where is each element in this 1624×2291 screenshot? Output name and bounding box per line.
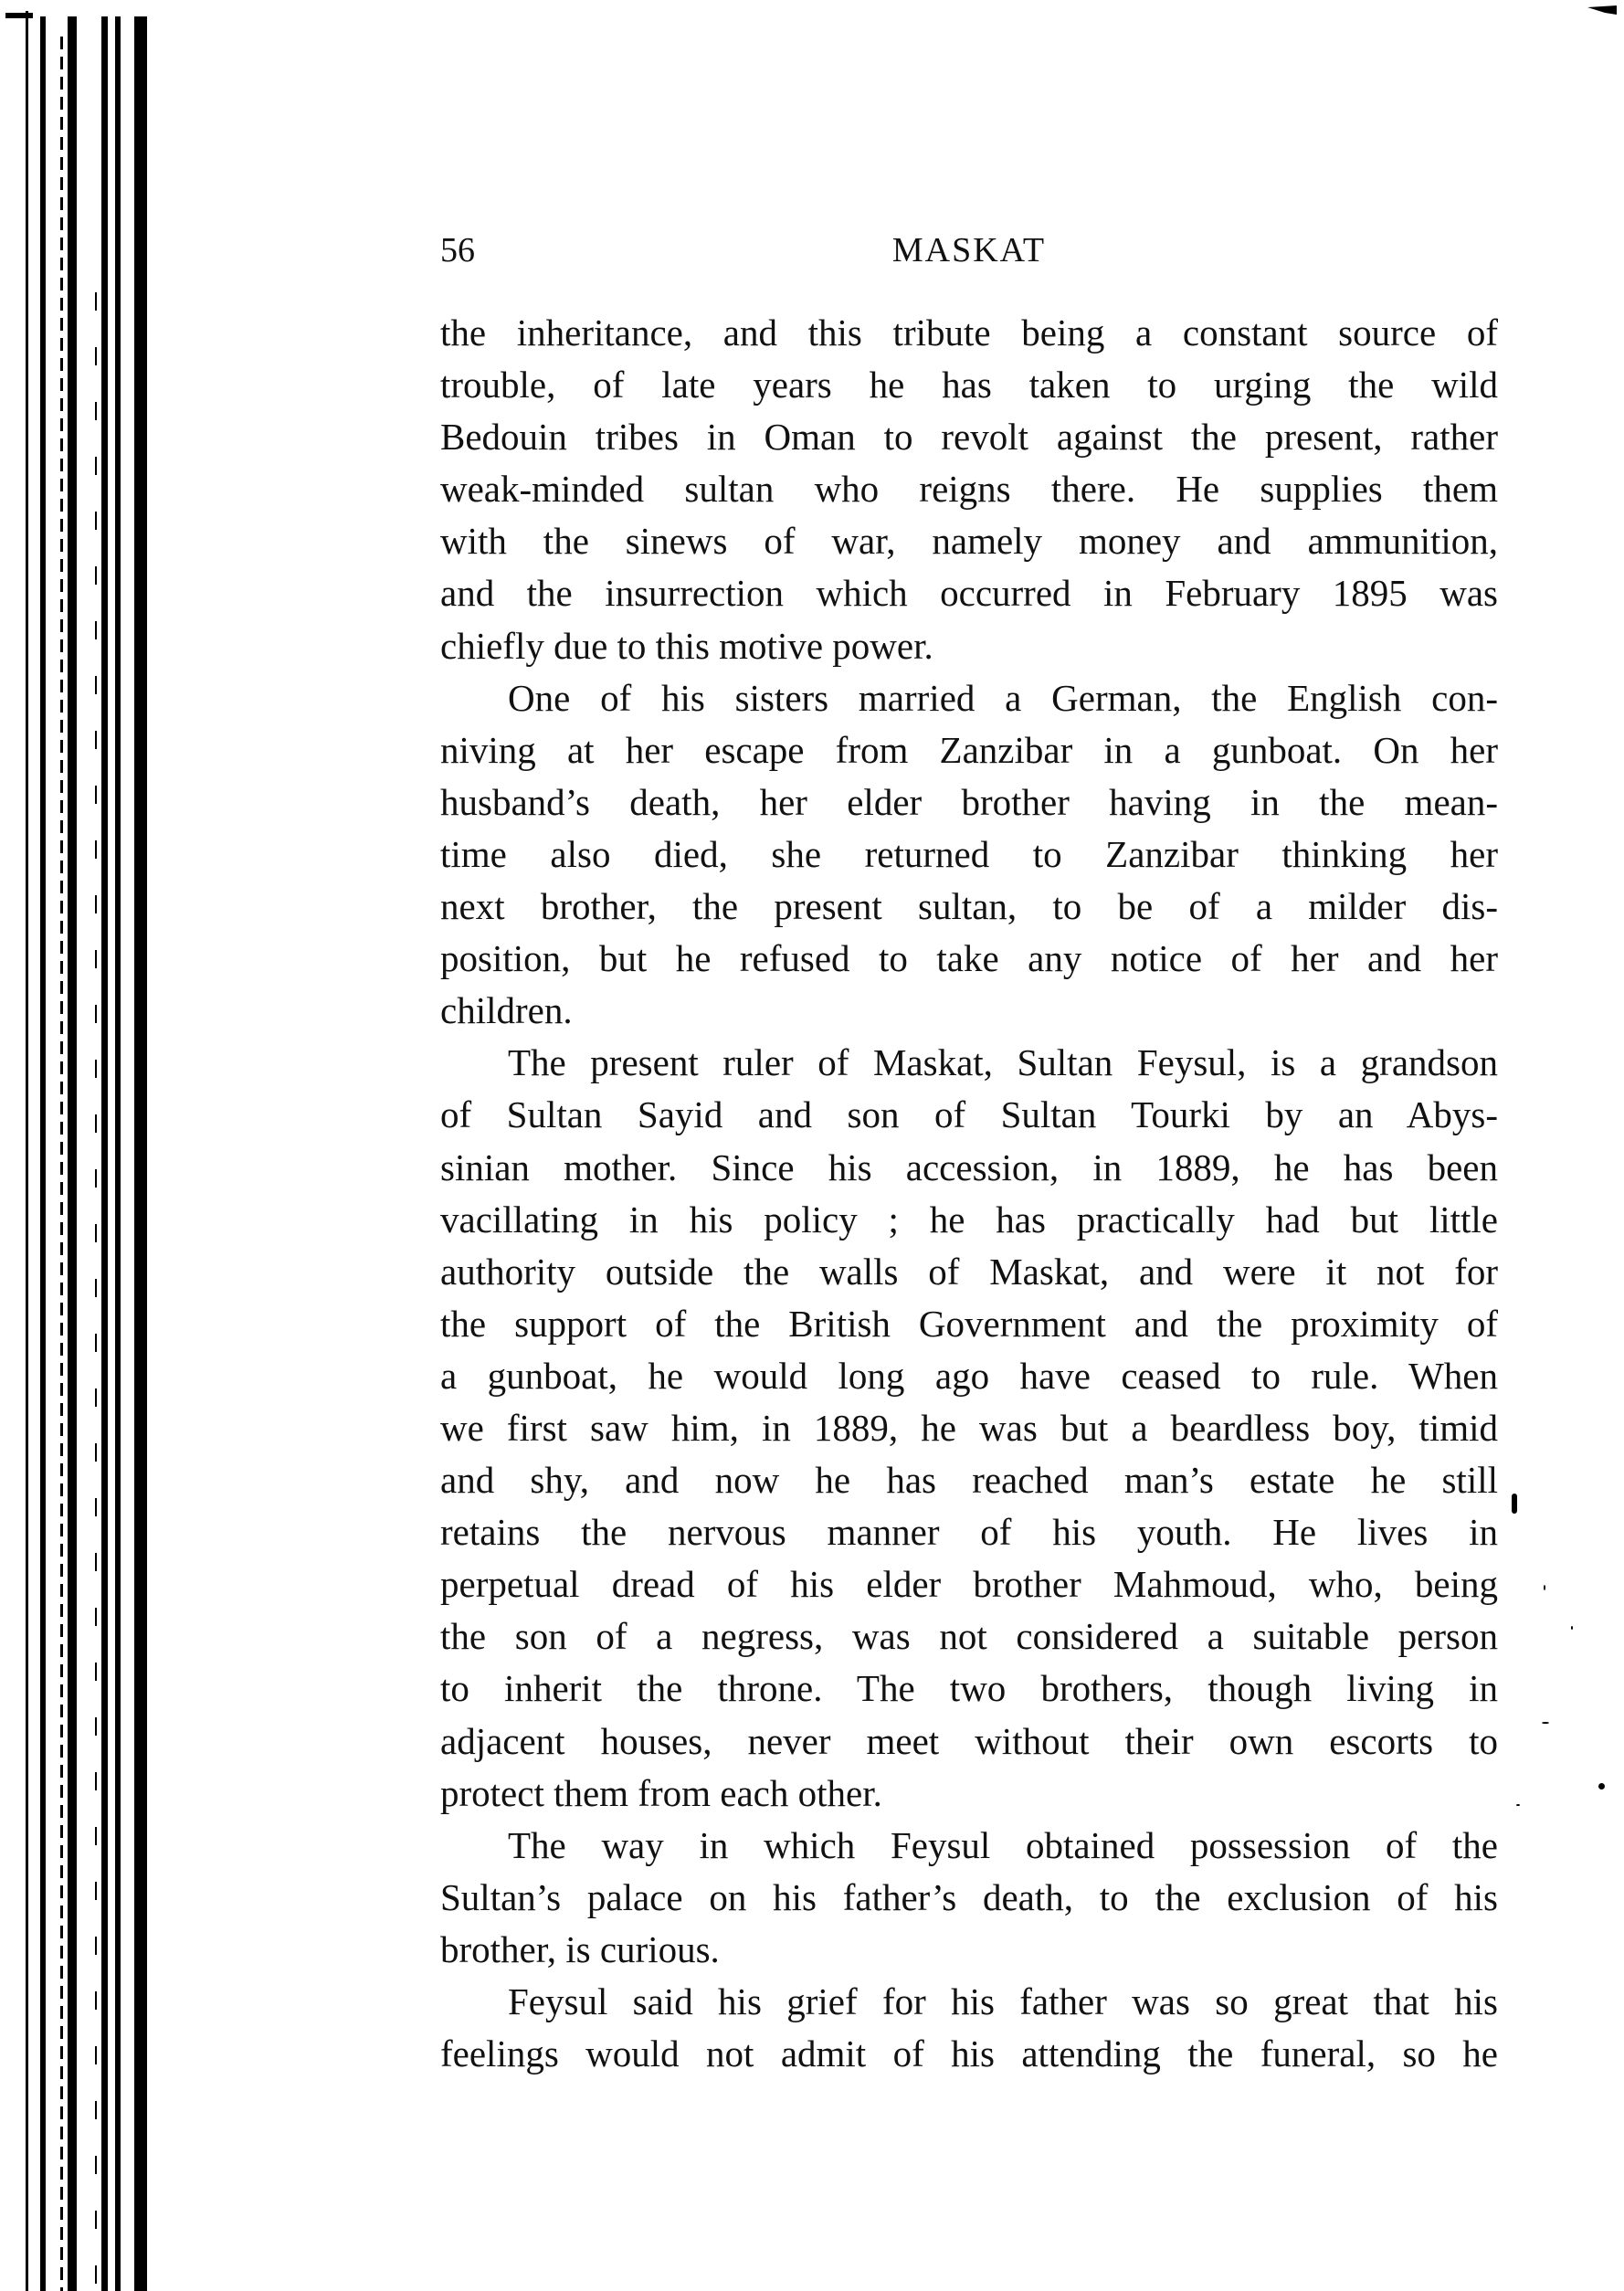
text-line: One of his sisters married a German, the… — [440, 672, 1498, 724]
binding-line — [40, 16, 46, 2291]
corner-scan-mark — [1587, 5, 1617, 15]
margin-speck — [1544, 1585, 1545, 1590]
text-line: husband’s death, her elder brother havin… — [440, 776, 1498, 829]
margin-speck — [1542, 1722, 1549, 1724]
text-line: trouble, of late years he has taken to u… — [440, 359, 1498, 411]
body-text: the inheritance, and this tribute being … — [440, 307, 1498, 2080]
text-line: chiefly due to this motive power. — [440, 620, 1498, 672]
text-line: the inheritance, and this tribute being … — [440, 307, 1498, 359]
binding-line — [115, 16, 121, 2291]
text-line: weak-minded sultan who reigns there. He … — [440, 463, 1498, 515]
text-line: the support of the British Government an… — [440, 1298, 1498, 1350]
binding-line — [144, 37, 146, 2291]
binding-line — [26, 11, 28, 2291]
text-line: next brother, the present sultan, to be … — [440, 881, 1498, 933]
book-page: 56 MASKAT the inheritance, and this trib… — [0, 0, 1624, 2291]
text-line: position, but he refused to take any not… — [440, 933, 1498, 985]
running-title: MASKAT — [440, 230, 1498, 270]
text-line: and shy, and now he has reached man’s es… — [440, 1454, 1498, 1506]
text-line: vacillating in his policy ; he has pract… — [440, 1194, 1498, 1246]
paragraph: Feysul said his grief for his father was… — [440, 1976, 1498, 2080]
text-line: sinian mother. Since his accession, in 1… — [440, 1142, 1498, 1194]
text-line: The way in which Feysul obtained possess… — [440, 1820, 1498, 1872]
text-line: a gunboat, he would long ago have ceased… — [440, 1350, 1498, 1402]
margin-speck — [1516, 1804, 1520, 1806]
text-line: retains the nervous manner of his youth.… — [440, 1506, 1498, 1558]
running-head: 56 MASKAT — [440, 230, 1498, 276]
margin-speck — [1512, 1494, 1517, 1514]
text-line: Sultan’s palace on his father’s death, t… — [440, 1872, 1498, 1924]
text-line: protect them from each other. — [440, 1768, 1498, 1820]
text-line: we first saw him, in 1889, he was but a … — [440, 1402, 1498, 1454]
text-line: and the insurrection which occurred in F… — [440, 567, 1498, 619]
paragraph: The present ruler of Maskat, Sultan Feys… — [440, 1037, 1498, 1819]
text-line: perpetual dread of his elder brother Mah… — [440, 1558, 1498, 1610]
text-line: with the sinews of war, namely money and… — [440, 515, 1498, 567]
paragraph: the inheritance, and this tribute being … — [440, 307, 1498, 672]
text-line: children. — [440, 985, 1498, 1037]
binding-line — [101, 16, 108, 2291]
text-line: time also died, she returned to Zanzibar… — [440, 829, 1498, 881]
text-line: authority outside the walls of Maskat, a… — [440, 1246, 1498, 1298]
text-line: to inherit the throne. The two brothers,… — [440, 1663, 1498, 1715]
text-line: adjacent houses, never meet without thei… — [440, 1716, 1498, 1768]
margin-speck — [1598, 1783, 1605, 1790]
text-line: brother, is curious. — [440, 1924, 1498, 1976]
margin-speck — [1571, 1626, 1573, 1630]
binding-line — [95, 292, 97, 2291]
text-line: of Sultan Sayid and son of Sultan Tourki… — [440, 1089, 1498, 1141]
paragraph: The way in which Feysul obtained possess… — [440, 1820, 1498, 1976]
text-line: the son of a negress, was not considered… — [440, 1610, 1498, 1663]
paragraph: One of his sisters married a German, the… — [440, 672, 1498, 1038]
text-line: niving at her escape from Zanzibar in a … — [440, 724, 1498, 776]
text-line: Feysul said his grief for his father was… — [440, 1976, 1498, 2028]
text-line: The present ruler of Maskat, Sultan Feys… — [440, 1037, 1498, 1089]
text-line: Bedouin tribes in Oman to revolt against… — [440, 411, 1498, 463]
text-line: feelings would not admit of his attendin… — [440, 2028, 1498, 2080]
binding-line — [68, 16, 77, 2291]
binding-edge-mark — [5, 13, 33, 18]
binding-line — [60, 37, 63, 2291]
